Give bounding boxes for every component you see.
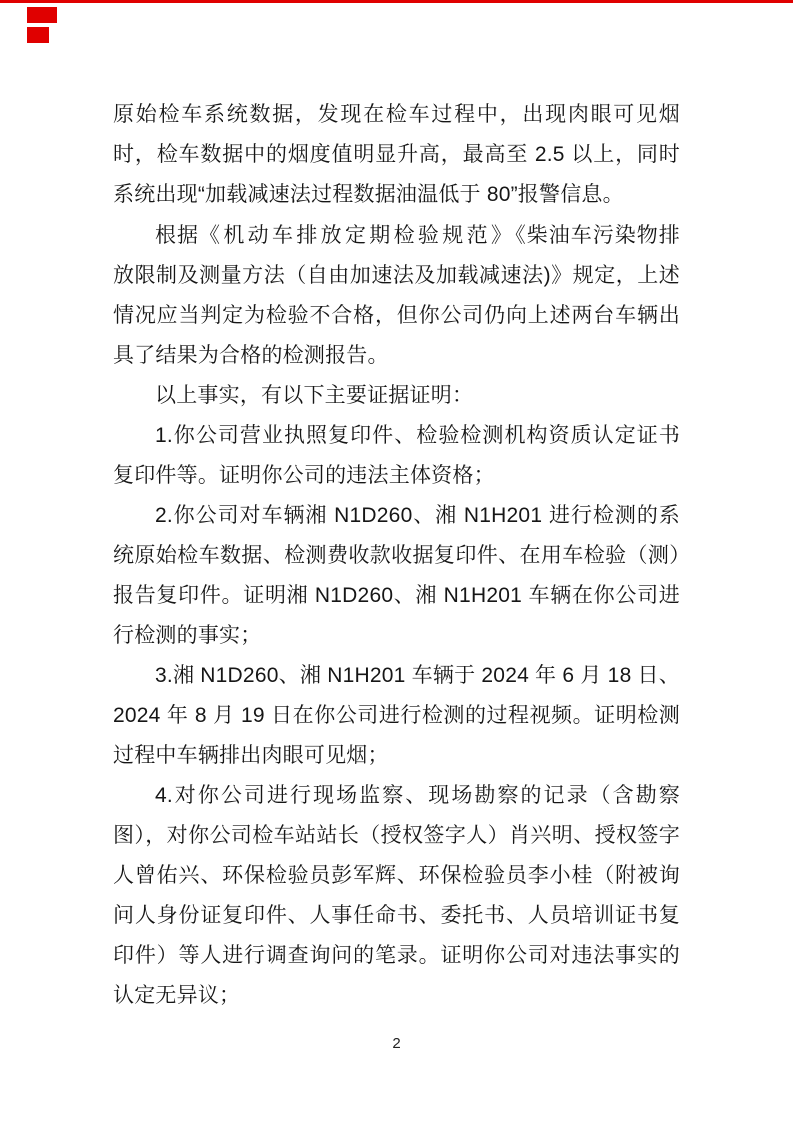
paragraph-regulation-basis: 根据《机动车排放定期检验规范》《柴油车污染物排放限制及测量方法（自由加速法及加载… <box>113 215 680 376</box>
red-annotation-mark-2 <box>27 27 49 43</box>
regulation-title-text: 《机动车排放定期检验规范》 <box>199 223 515 247</box>
red-top-edge-line <box>0 0 793 3</box>
page-number: 2 <box>0 1034 793 1054</box>
paragraph-evidence-item-3: 3.湘 N1D260、湘 N1H201 车辆于 2024 年 6 月 18 日、… <box>113 656 680 776</box>
paragraph-evidence-item-2: 2.你公司对车辆湘 N1D260、湘 N1H201 进行检测的系统原始检车数据、… <box>113 496 680 656</box>
paragraph-evidence-item-1: 1.你公司营业执照复印件、检验检测机构资质认定证书复印件等。证明你公司的违法主体… <box>113 416 680 496</box>
paragraph-text: 1.你公司营业执照复印件、检验检测机构资质认定证书复印件等。证明你公司的违法主体… <box>113 424 680 487</box>
paragraph-text: 根据 <box>155 224 199 247</box>
paragraph-continued-facts: 原始检车系统数据，发现在检车过程中，出现肉眼可见烟时，检车数据中的烟度值明显升高… <box>113 95 680 215</box>
paragraph-text: 3.湘 N1D260、湘 N1H201 车辆于 2024 年 6 月 18 日、… <box>113 664 680 767</box>
paragraph-text: 4.对你公司进行现场监察、现场勘察的记录（含勘察图），对你公司检车站站长（授权签… <box>113 784 680 1007</box>
red-annotation-mark-1 <box>27 7 57 23</box>
paragraph-evidence-item-4: 4.对你公司进行现场监察、现场勘察的记录（含勘察图），对你公司检车站站长（授权签… <box>113 776 680 1016</box>
document-page-body: 原始检车系统数据，发现在检车过程中，出现肉眼可见烟时，检车数据中的烟度值明显升高… <box>113 95 680 1016</box>
paragraph-text: 2.你公司对车辆湘 N1D260、湘 N1H201 进行检测的系统原始检车数据、… <box>113 504 680 647</box>
paragraph-text: 原始检车系统数据，发现在检车过程中，出现肉眼可见烟时，检车数据中的烟度值明显升高… <box>113 103 680 206</box>
paragraph-text: 以上事实，有以下主要证据证明： <box>155 384 473 407</box>
paragraph-evidence-intro: 以上事实，有以下主要证据证明： <box>113 376 680 416</box>
